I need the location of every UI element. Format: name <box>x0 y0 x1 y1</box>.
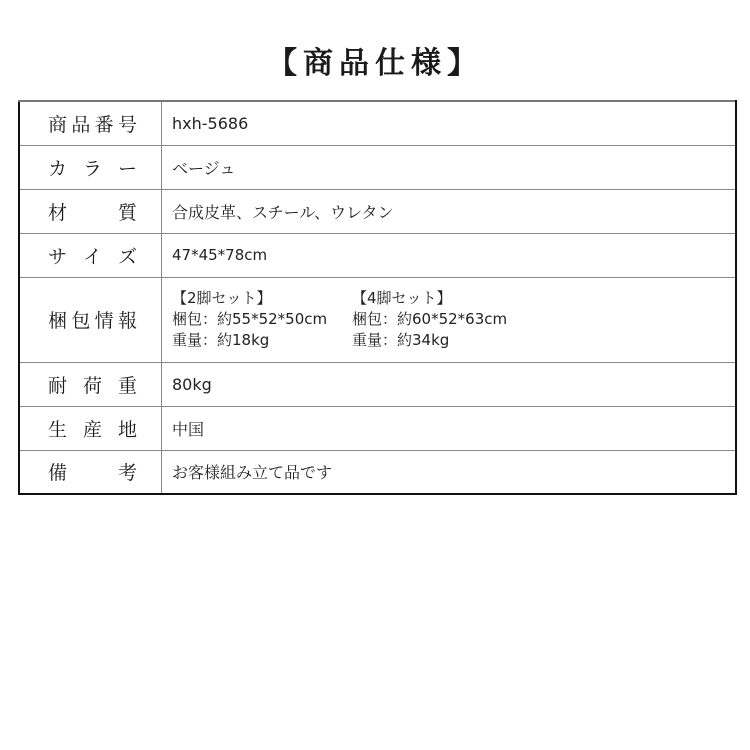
packing-heading: 【4脚セット】 <box>352 288 507 309</box>
label-char: ー <box>118 154 137 181</box>
label-char: サ <box>48 242 67 269</box>
row-label: 梱 包 情 報 <box>19 277 162 362</box>
label-char: 荷 <box>83 371 102 398</box>
label-char: 材 <box>48 198 67 225</box>
spec-table: 商 品 番 号 hxh-5686 カ ラ ー ベージュ 材 質 合成皮革、スチー… <box>18 100 737 495</box>
label-char: 生 <box>48 415 67 442</box>
packing-size: 梱包：約55*52*50cm <box>172 309 330 330</box>
label-char: 耐 <box>48 371 67 398</box>
label-char: 産 <box>83 415 102 442</box>
row-label: 備 考 <box>19 450 162 494</box>
label-char: ラ <box>83 154 102 181</box>
row-label: 商 品 番 号 <box>19 101 162 145</box>
row-value: 合成皮革、スチール、ウレタン <box>162 189 737 233</box>
row-value: hxh-5686 <box>162 101 737 145</box>
row-value: お客様組み立て品です <box>162 450 737 494</box>
label-char: 梱 <box>48 306 67 333</box>
packing-weight: 重量：約34kg <box>352 330 507 351</box>
label-char: 包 <box>71 306 90 333</box>
label-char: 品 <box>71 110 90 137</box>
packing-4-set: 【4脚セット】 梱包：約60*52*63cm 重量：約34kg <box>352 288 507 351</box>
table-row-origin: 生 産 地 中国 <box>19 406 736 450</box>
table-row-packing: 梱 包 情 報 【2脚セット】 梱包：約55*52*50cm 重量：約18kg … <box>19 277 736 362</box>
label-char: カ <box>48 154 67 181</box>
label-char: 情 <box>95 306 114 333</box>
label-char: 備 <box>48 458 67 485</box>
label-char: 番 <box>95 110 114 137</box>
label-char: 質 <box>118 198 137 225</box>
packing-size: 梱包：約60*52*63cm <box>352 309 507 330</box>
row-value: 【2脚セット】 梱包：約55*52*50cm 重量：約18kg 【4脚セット】 … <box>162 277 737 362</box>
page-title: 【商品仕様】 <box>0 38 750 82</box>
table-row-product-number: 商 品 番 号 hxh-5686 <box>19 101 736 145</box>
packing-2-set: 【2脚セット】 梱包：約55*52*50cm 重量：約18kg <box>172 288 330 351</box>
label-char: 商 <box>48 110 67 137</box>
row-label: カ ラ ー <box>19 145 162 189</box>
label-char: 重 <box>118 371 137 398</box>
label-char: 考 <box>118 458 137 485</box>
label-char: イ <box>83 242 102 269</box>
row-value: 47*45*78cm <box>162 233 737 277</box>
row-label: サ イ ズ <box>19 233 162 277</box>
label-char: ズ <box>118 242 137 269</box>
label-char: 号 <box>118 110 137 137</box>
label-char: 地 <box>118 415 137 442</box>
row-value: ベージュ <box>162 145 737 189</box>
packing-heading: 【2脚セット】 <box>172 288 330 309</box>
table-row-material: 材 質 合成皮革、スチール、ウレタン <box>19 189 736 233</box>
table-row-load-capacity: 耐 荷 重 80kg <box>19 362 736 406</box>
row-label: 生 産 地 <box>19 406 162 450</box>
table-row-color: カ ラ ー ベージュ <box>19 145 736 189</box>
packing-weight: 重量：約18kg <box>172 330 330 351</box>
table-row-size: サ イ ズ 47*45*78cm <box>19 233 736 277</box>
row-label: 耐 荷 重 <box>19 362 162 406</box>
table-row-notes: 備 考 お客様組み立て品です <box>19 450 736 494</box>
label-char: 報 <box>118 306 137 333</box>
row-value: 80kg <box>162 362 737 406</box>
row-value: 中国 <box>162 406 737 450</box>
row-label: 材 質 <box>19 189 162 233</box>
